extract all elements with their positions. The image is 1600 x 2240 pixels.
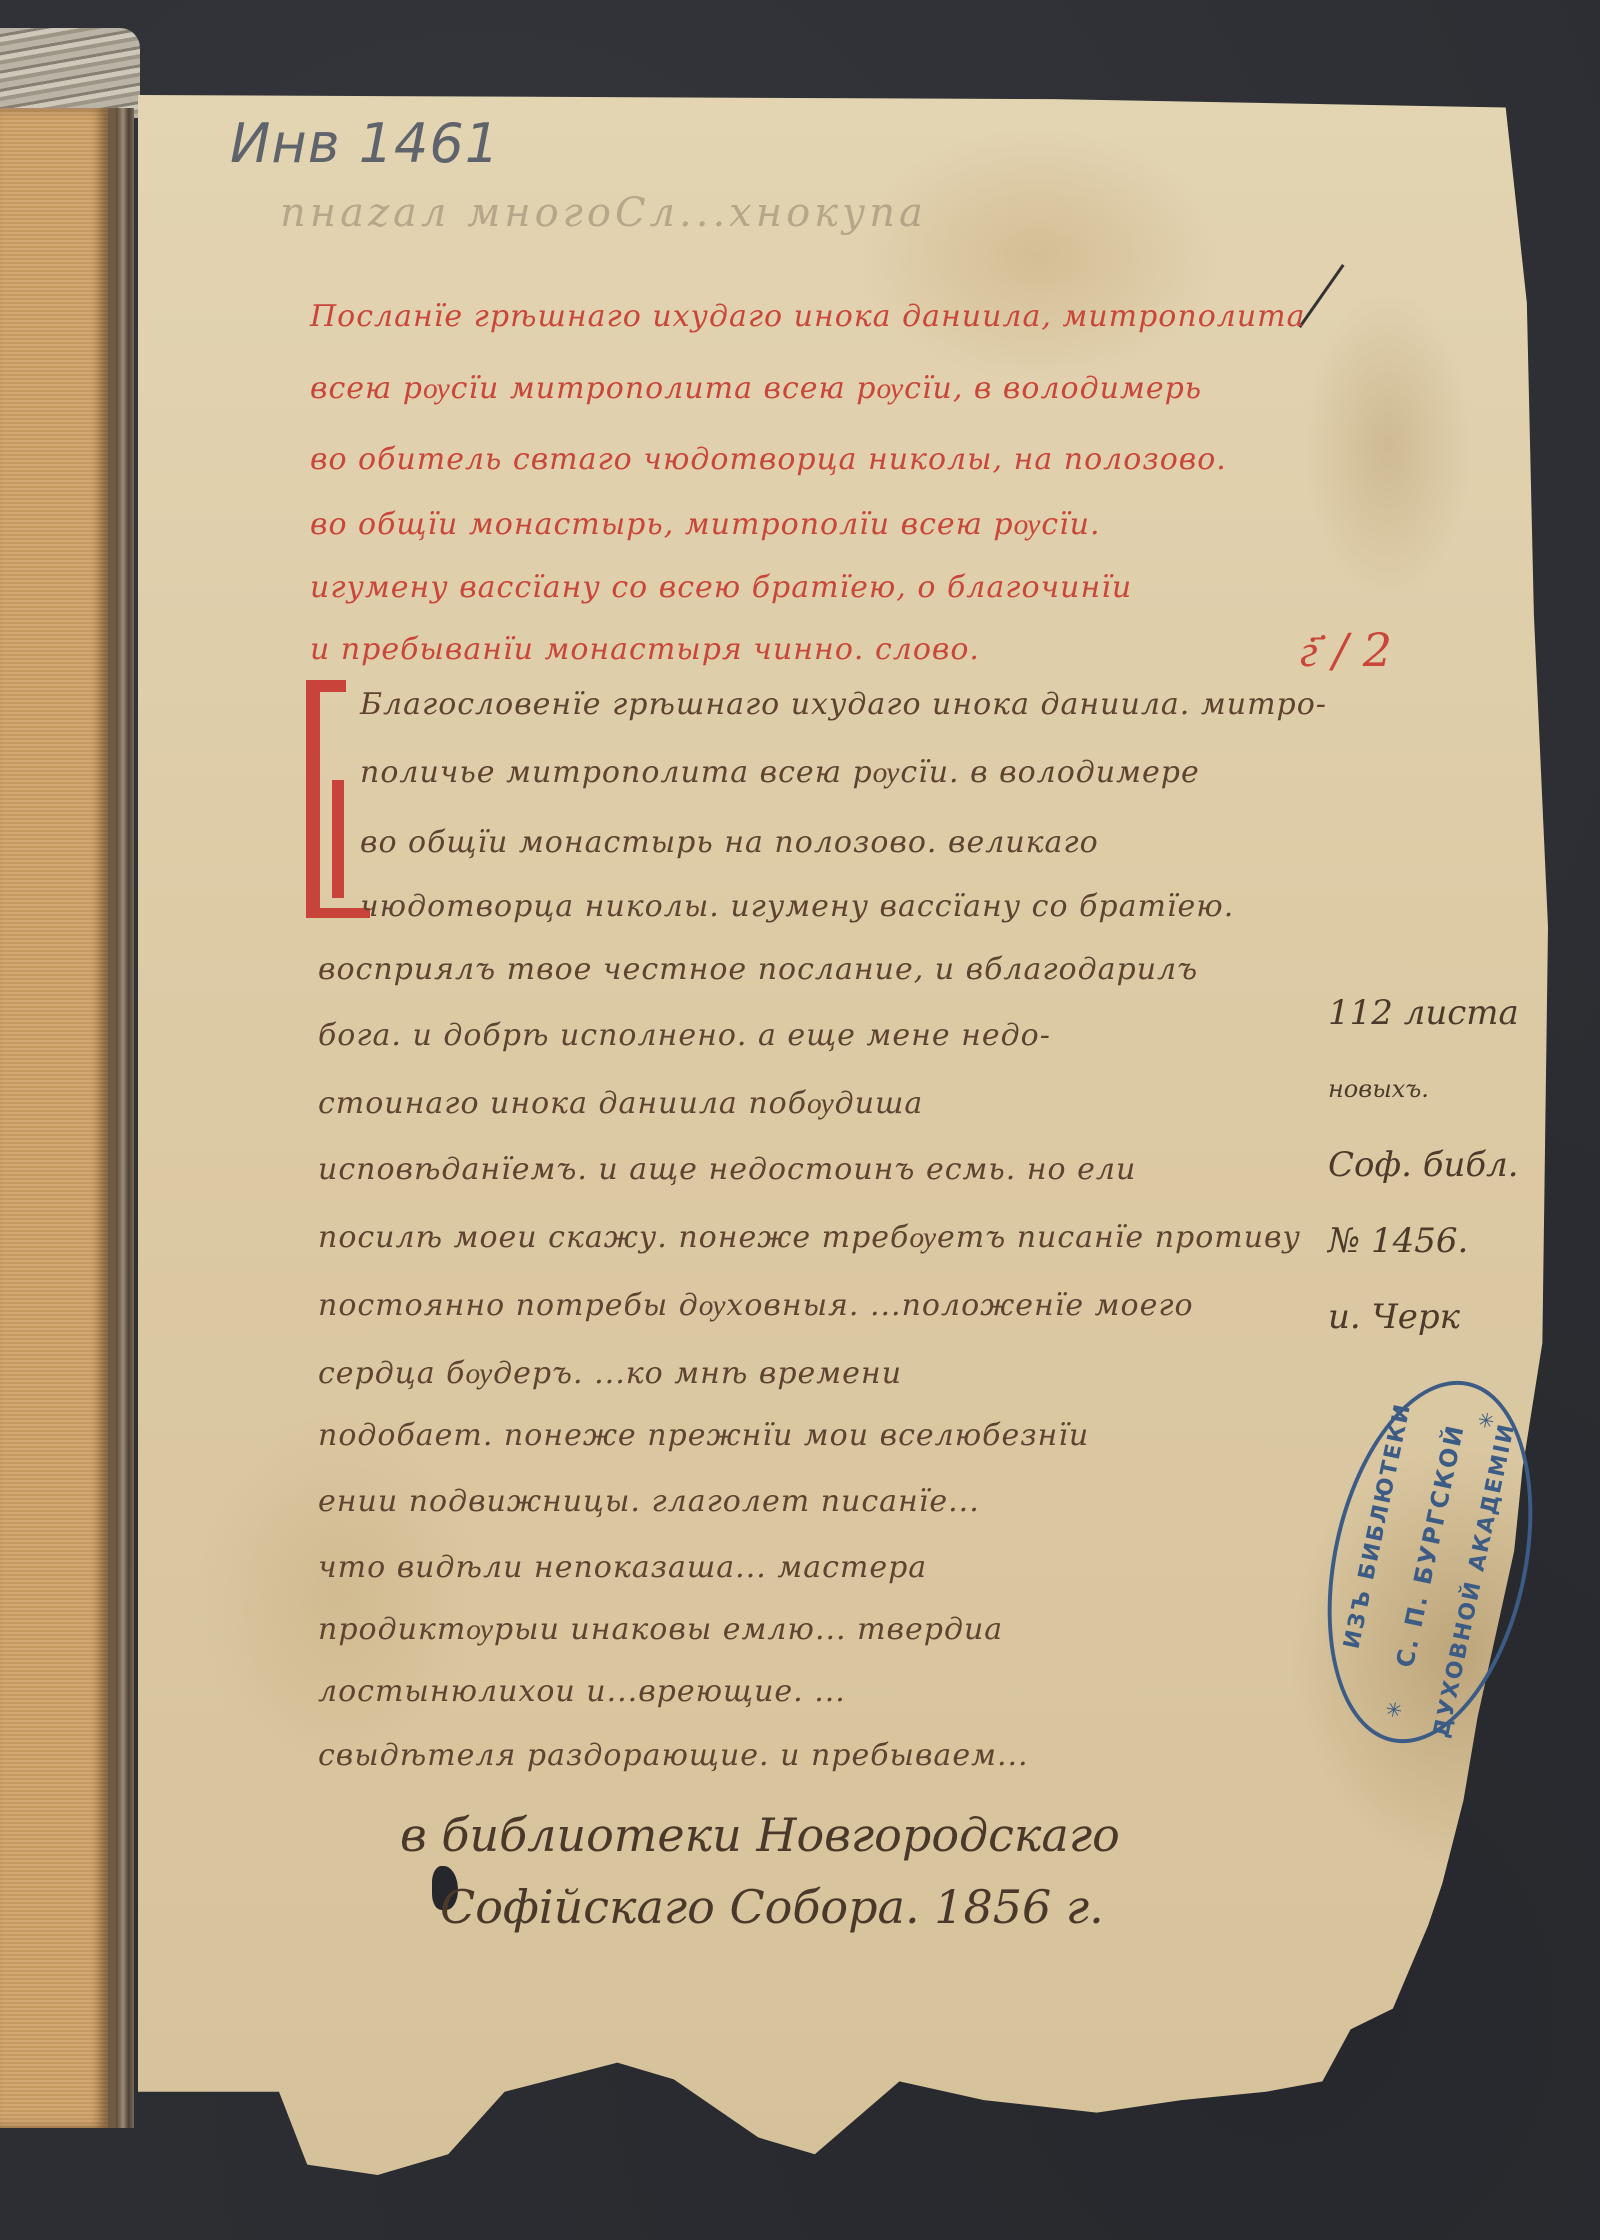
rubric-line: во общїи монастырь, митрополїи всеꙗ рѹсї… xyxy=(310,510,1101,540)
book-edge xyxy=(0,108,116,2128)
body-line: поличье митрополита всеꙗ рѹсїи. в володи… xyxy=(360,758,1200,788)
rubric-line: игумену вассїану со всею братїею, о благ… xyxy=(310,573,1132,603)
body-line: восприялъ твое честное послание, и вблаг… xyxy=(318,955,1198,985)
margin-note-line: № 1456. xyxy=(1328,1203,1519,1279)
body-line: ении подвижницы. глаголет писанїе... xyxy=(318,1487,980,1517)
margin-note-line: новыхъ. xyxy=(1328,1051,1519,1127)
margin-note-line: Соф. библ. xyxy=(1328,1127,1519,1203)
body-line: лостынюлихои и...вреющие. ... xyxy=(318,1677,846,1707)
faint-heading-text: пнаzал многоСл...хнокупа xyxy=(280,190,927,236)
body-line: во общїи монастырь на полозово. великаго xyxy=(360,828,1099,858)
body-line: чюдотворца николы. игумену вассїану со б… xyxy=(360,892,1234,922)
ownership-note-line-2: Софійскаго Собора. 1856 г. xyxy=(440,1880,1104,1934)
ownership-note-line-1: в библиотеки Новгородскаго xyxy=(400,1808,1120,1862)
rubric-line: во обитель свтаго чюдотворца николы, на … xyxy=(310,445,1227,475)
rubric-line: и пребыванїи монастыря чинно. слово. xyxy=(310,635,980,665)
margin-note-line: 112 листа xyxy=(1328,975,1519,1051)
margin-note-line: и. Черк xyxy=(1328,1279,1519,1355)
body-line: стоинаго инока даниила побѹдиша xyxy=(318,1089,923,1119)
rubric-line: Посланїе грѣшнаго ихудаго инока даниила,… xyxy=(310,302,1306,332)
quire-mark: г҃ / 2 xyxy=(1300,630,1392,671)
body-line: сердца бѹдеръ. ...ко мнѣ времени xyxy=(318,1359,902,1389)
body-line: исповѣданїемъ. и аще недостоинъ есмь. но… xyxy=(318,1155,1136,1185)
star-icon: ✳ xyxy=(1383,1696,1404,1723)
body-line: свыдѣтеля раздорающие. и пребываем... xyxy=(318,1741,1029,1771)
body-line: подобает. понеже прежнїи мои вселюбезнїи xyxy=(318,1421,1089,1451)
inventory-mark: Инв 1461 xyxy=(230,112,500,175)
body-line: продиктѹрыи инаковы емлю... твердиа xyxy=(318,1615,1003,1645)
body-line: посилѣ моеи скажу. понеже требѹетъ писан… xyxy=(318,1223,1301,1253)
rubric-line: всеꙗ рѹсїи митрополита всеꙗ рѹсїи, в вол… xyxy=(310,374,1202,404)
body-line: постоянно потребы дѹховныя. ...положенїе… xyxy=(318,1291,1194,1321)
marbled-board xyxy=(0,28,140,118)
body-line: бога. и добрѣ исполнено. а еще мене недо… xyxy=(318,1021,1051,1051)
body-line: Благословенїе грѣшнаго ихудаго инока дан… xyxy=(360,690,1327,720)
margin-note: 112 листа новыхъ. Соф. библ. № 1456. и. … xyxy=(1328,975,1519,1355)
body-line: что видѣли непоказаша... мастера xyxy=(318,1553,927,1583)
faint-heading: пнаzал многоСл...хнокупа xyxy=(280,190,927,236)
